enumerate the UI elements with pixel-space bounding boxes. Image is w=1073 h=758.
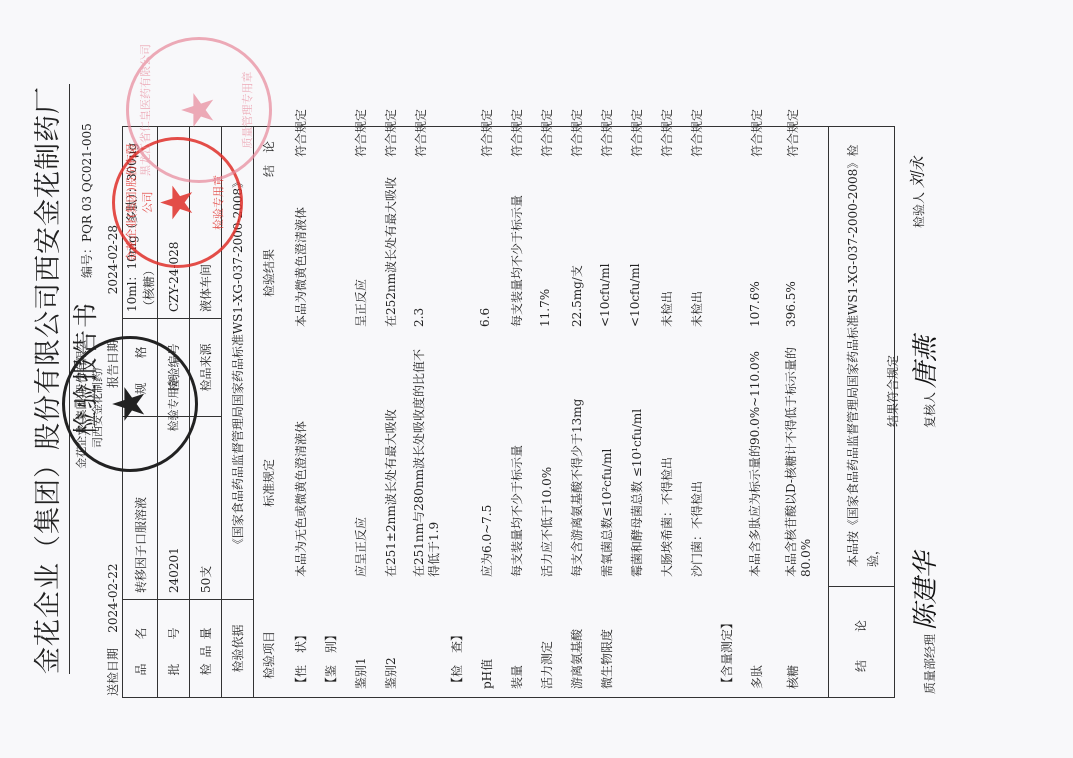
table-cell-conclusion: 符合规定 bbox=[784, 109, 801, 157]
star-icon: ★ bbox=[108, 384, 152, 423]
table-cell-standard: 应为6.0~7.5 bbox=[478, 505, 495, 577]
table-cell-standard: 活力应不低于10.0% bbox=[538, 467, 555, 577]
table-cell-standard: 应呈正反应 bbox=[352, 517, 369, 577]
table-cell-item: 【性 状】 bbox=[292, 629, 309, 689]
table-cell-item: 【含量测定】 bbox=[718, 617, 735, 689]
table-cell-conclusion: 符合规定 bbox=[538, 109, 555, 157]
table-cell-item: 鉴别2 bbox=[382, 657, 399, 689]
column-header: 结 论 bbox=[260, 141, 277, 177]
table-cell-conclusion: 符合规定 bbox=[748, 109, 765, 157]
table-cell-item: 核糖 bbox=[784, 665, 801, 689]
qa-manager-signature: 质量部经理 陈建华 bbox=[905, 552, 942, 694]
table-cell-result: 11.7% bbox=[538, 289, 552, 327]
black-company-stamp: 金花企业(集团)股份有限公司西安金花制药厂 ★ 检验专用章 bbox=[62, 336, 198, 472]
column-header: 检验结果 bbox=[260, 249, 277, 297]
table-cell-item: 【检 查】 bbox=[448, 629, 465, 689]
table-cell-item: 微生物限度 bbox=[598, 629, 615, 689]
table-cell-result: 396.5% bbox=[784, 281, 798, 327]
table-cell-item: 【鉴 别】 bbox=[322, 629, 339, 689]
table-cell-conclusion: 符合规定 bbox=[508, 109, 525, 157]
table-cell-conclusion: 符合规定 bbox=[688, 109, 705, 157]
table-cell-conclusion: 符合规定 bbox=[478, 109, 495, 157]
table-cell-item: 游离氨基酸 bbox=[568, 629, 585, 689]
table-cell-standard: 大肠埃希菌：不得检出 bbox=[658, 457, 675, 577]
column-header: 标准规定 bbox=[260, 459, 277, 507]
results-block: 检验项目标准规定检验结果结 论【性 状】本品为无色或微黄色澄清液体本品为微黄色澄… bbox=[248, 126, 829, 698]
column-header: 检验项目 bbox=[260, 631, 277, 679]
table-cell-item: 装量 bbox=[508, 665, 525, 689]
submit-date: 送检日期 2024-02-22 bbox=[104, 564, 121, 696]
table-cell-result: 107.6% bbox=[748, 281, 762, 327]
table-cell-conclusion: 符合规定 bbox=[568, 109, 585, 157]
table-cell-standard: 需氧菌总数≤10²cfu/ml bbox=[598, 449, 615, 577]
table-cell-result: 22.5mg/支 bbox=[568, 265, 585, 327]
batch-label: 批 号 bbox=[158, 600, 190, 698]
star-icon: ★ bbox=[177, 90, 221, 129]
reviewer-signature: 复核人 唐燕 bbox=[905, 336, 942, 428]
table-cell-conclusion: 符合规定 bbox=[412, 109, 429, 157]
table-cell-item: 活力测定 bbox=[538, 641, 555, 689]
table-cell-conclusion: 符合规定 bbox=[352, 109, 369, 157]
table-cell-result: 未检出 bbox=[688, 291, 705, 327]
pink-distributor-stamp: 黑龙江省仁皇医药有限公司 ★ 质量管理专用章 bbox=[126, 37, 272, 183]
conclusion-label: 结 论 bbox=[829, 586, 894, 697]
table-cell-conclusion: 符合规定 bbox=[382, 109, 399, 157]
table-cell-item: 鉴别1 bbox=[352, 657, 369, 689]
table-cell-conclusion: 符合规定 bbox=[628, 109, 645, 157]
star-icon: ★ bbox=[156, 183, 200, 222]
table-cell-result: 6.6 bbox=[478, 308, 492, 327]
table-cell-standard: 每支装量均不少于标示量 bbox=[508, 445, 525, 577]
qa-manager-handwriting: 陈建华 bbox=[911, 552, 941, 630]
table-cell-result: 每支装量均不少于标示量 bbox=[508, 195, 525, 327]
table-cell-standard: 霉菌和酵母菌总数 ≤10¹cfu/ml bbox=[628, 409, 645, 577]
conclusion-text: 本品按《国家食品药品监督管理局国家药品标准WS1-XG-037-2000-200… bbox=[843, 127, 903, 567]
quantity: 50支 bbox=[190, 417, 222, 600]
table-cell-standard: 本品为无色或微黄色澄清液体 bbox=[292, 421, 309, 577]
table-cell-result: 未检出 bbox=[658, 291, 675, 327]
inspector-handwriting: 刘永 bbox=[908, 156, 927, 188]
table-cell-standard: 沙门菌：不得检出 bbox=[688, 481, 705, 577]
table-cell-standard: 在251±2nm波长处有最大吸收 bbox=[382, 409, 399, 577]
table-cell-item: pH值 bbox=[478, 659, 495, 689]
table-cell-conclusion: 符合规定 bbox=[292, 109, 309, 157]
company-title: 金花企业（集团）股份有限公司西安金花制药厂 bbox=[26, 84, 70, 674]
doc-number: 编号：PQR 03 QC021-005 bbox=[78, 123, 95, 278]
table-cell-conclusion: 符合规定 bbox=[658, 109, 675, 157]
table-cell-item: 多肽 bbox=[748, 665, 765, 689]
table-cell-result: 本品为微黄色澄清液体 bbox=[292, 207, 309, 327]
table-cell-conclusion: 符合规定 bbox=[598, 109, 615, 157]
table-cell-result: <10cfu/ml bbox=[598, 264, 612, 327]
table-cell-standard: 本品含多肽应为标示量的90.0%~110.0% bbox=[748, 337, 763, 577]
reviewer-handwriting: 唐燕 bbox=[911, 336, 941, 388]
inspection-report-page: 金花企业（集团）股份有限公司西安金花制药厂 检验报告书 编号：PQR 03 QC… bbox=[0, 0, 1073, 758]
quantity-label: 检品量 bbox=[190, 600, 222, 698]
table-cell-result: 2.3 bbox=[412, 308, 426, 327]
table-cell-result: <10cfu/ml bbox=[628, 264, 642, 327]
conclusion-box: 结 论 本品按《国家食品药品监督管理局国家药品标准WS1-XG-037-2000… bbox=[828, 126, 895, 698]
table-cell-standard: 每支含游离氨基酸不得少于13mg bbox=[568, 399, 585, 577]
table-cell-result: 呈正反应 bbox=[352, 279, 369, 327]
product-name-label: 品 名 bbox=[123, 600, 158, 698]
table-cell-standard: 本品含核苷酸以D-核糖计不得低于标示量的80.0% bbox=[784, 337, 814, 577]
table-cell-standard: 在251nm与280nm波长处吸收度的比值不得低于1.9 bbox=[412, 337, 442, 577]
inspector-signature: 检验人 刘永 bbox=[905, 156, 928, 228]
table-cell-result: 在252nm波长处有最大吸收 bbox=[382, 177, 399, 327]
